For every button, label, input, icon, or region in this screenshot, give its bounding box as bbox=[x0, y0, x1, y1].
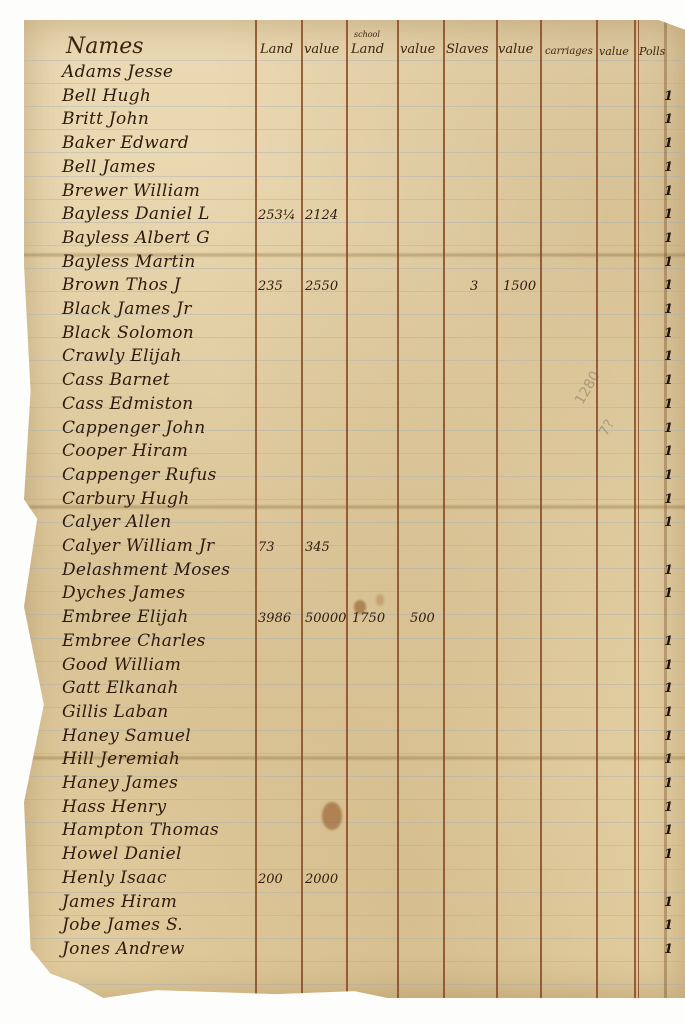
cell-polls: 1 bbox=[664, 563, 673, 578]
row-name: Henly Isaac bbox=[62, 868, 167, 888]
row-name: Howel Daniel bbox=[62, 844, 182, 864]
header-school-land: Land bbox=[351, 42, 384, 57]
column-divider bbox=[255, 20, 257, 998]
cell-polls: 1 bbox=[664, 136, 673, 151]
row-name: Bayless Albert G bbox=[62, 228, 210, 248]
column-divider bbox=[496, 20, 498, 998]
cell-polls: 1 bbox=[664, 586, 673, 601]
cell-polls: 1 bbox=[664, 421, 673, 436]
cell-polls: 1 bbox=[664, 492, 673, 507]
row-name: Haney Samuel bbox=[62, 726, 191, 746]
row-name: Cass Edmiston bbox=[62, 394, 193, 414]
column-divider bbox=[301, 20, 303, 998]
cell-polls: 1 bbox=[664, 278, 673, 293]
cell-land: 235 bbox=[258, 279, 283, 294]
row-name: Bell Hugh bbox=[62, 86, 151, 106]
column-divider bbox=[638, 20, 639, 998]
cell-polls: 1 bbox=[664, 515, 673, 530]
row-name: Gatt Elkanah bbox=[62, 678, 179, 698]
ruled-line bbox=[24, 83, 685, 84]
ledger-page: Names Land value school Land value Slave… bbox=[24, 20, 685, 998]
cell-polls: 1 bbox=[664, 895, 673, 910]
row-name: Delashment Moses bbox=[62, 560, 230, 580]
row-name: Bell James bbox=[62, 157, 156, 177]
ruled-line bbox=[24, 984, 685, 985]
row-name: Embree Charles bbox=[62, 631, 206, 651]
cell-polls: 1 bbox=[664, 255, 673, 270]
cell-polls: 1 bbox=[664, 349, 673, 364]
column-divider bbox=[540, 20, 542, 998]
row-name: Jobe James S. bbox=[62, 915, 183, 935]
row-name: Crawly Elijah bbox=[62, 346, 182, 366]
ruled-line bbox=[24, 961, 685, 962]
cell-polls: 1 bbox=[664, 112, 673, 127]
header-carriages: carriages bbox=[545, 46, 593, 57]
row-name: Cappenger Rufus bbox=[62, 465, 217, 485]
ruled-line bbox=[24, 106, 685, 107]
row-name: Hampton Thomas bbox=[62, 820, 219, 840]
row-name: Hill Jeremiah bbox=[62, 749, 180, 769]
row-name: Gillis Laban bbox=[62, 702, 168, 722]
row-name: Cappenger John bbox=[62, 418, 206, 438]
cell-polls: 1 bbox=[664, 89, 673, 104]
header-names: Names bbox=[66, 34, 144, 59]
column-divider bbox=[443, 20, 445, 998]
row-name: Cooper Hiram bbox=[62, 441, 188, 461]
cell-polls: 1 bbox=[664, 397, 673, 412]
row-name: Jones Andrew bbox=[62, 939, 185, 959]
row-name: Bayless Martin bbox=[62, 252, 196, 272]
cell-land-value: 2000 bbox=[305, 872, 338, 887]
row-name: Good William bbox=[62, 655, 181, 675]
cell-polls: 1 bbox=[664, 444, 673, 459]
row-name: Brewer William bbox=[62, 181, 200, 201]
row-name: Black James Jr bbox=[62, 299, 192, 319]
row-name: Black Solomon bbox=[62, 323, 194, 343]
row-name: Embree Elijah bbox=[62, 607, 189, 627]
ink-stain bbox=[354, 600, 366, 614]
column-divider bbox=[346, 20, 348, 998]
cell-polls: 1 bbox=[664, 184, 673, 199]
cell-land: 200 bbox=[258, 872, 283, 887]
row-name: Cass Barnet bbox=[62, 370, 170, 390]
header-school-superscript: school bbox=[354, 30, 380, 39]
row-name: Adams Jesse bbox=[62, 62, 173, 82]
cell-slaves: 3 bbox=[470, 279, 478, 294]
cell-polls: 1 bbox=[664, 681, 673, 696]
row-name: Calyer William Jr bbox=[62, 536, 214, 556]
cell-land-value: 50000 bbox=[305, 611, 346, 626]
header-land-value: value bbox=[304, 42, 339, 57]
pencil-note: 1280 bbox=[572, 369, 604, 408]
cell-polls: 1 bbox=[664, 918, 673, 933]
cell-polls: 1 bbox=[664, 160, 673, 175]
pencil-note: 7? bbox=[596, 417, 618, 439]
row-name: Haney James bbox=[62, 773, 178, 793]
column-divider bbox=[596, 20, 598, 998]
cell-polls: 1 bbox=[664, 658, 673, 673]
cell-polls: 1 bbox=[664, 823, 673, 838]
cell-land-value: 345 bbox=[305, 540, 330, 555]
cell-polls: 1 bbox=[664, 468, 673, 483]
row-name: Britt John bbox=[62, 109, 149, 129]
ruled-line bbox=[24, 60, 685, 61]
cell-polls: 1 bbox=[664, 752, 673, 767]
cell-land: 3986 bbox=[258, 611, 291, 626]
header-school-land-value: value bbox=[400, 42, 435, 57]
cell-polls: 1 bbox=[664, 847, 673, 862]
column-divider bbox=[634, 20, 636, 998]
ink-stain bbox=[376, 594, 384, 606]
header-slaves: Slaves bbox=[446, 42, 489, 57]
cell-polls: 1 bbox=[664, 776, 673, 791]
cell-polls: 1 bbox=[664, 207, 673, 222]
row-name: Calyer Allen bbox=[62, 512, 172, 532]
header-carriages-value: value bbox=[599, 45, 629, 58]
row-name: Baker Edward bbox=[62, 133, 189, 153]
cell-slaves-value: 1500 bbox=[503, 279, 536, 294]
cell-polls: 1 bbox=[664, 231, 673, 246]
row-name: Bayless Daniel L bbox=[62, 204, 210, 224]
cell-polls: 1 bbox=[664, 942, 673, 957]
cell-land-value: 2124 bbox=[305, 208, 338, 223]
ink-stain bbox=[322, 802, 342, 830]
cell-land-value: 2550 bbox=[305, 279, 338, 294]
row-name: James Hiram bbox=[62, 892, 177, 912]
header-land: Land bbox=[260, 42, 293, 57]
header-slaves-value: value bbox=[498, 42, 533, 57]
cell-polls: 1 bbox=[664, 326, 673, 341]
cell-polls: 1 bbox=[664, 705, 673, 720]
row-name: Brown Thos J bbox=[62, 275, 181, 295]
cell-polls: 1 bbox=[664, 634, 673, 649]
cell-land: 73 bbox=[258, 540, 275, 555]
row-name: Dyches James bbox=[62, 583, 185, 603]
header-polls: Polls bbox=[639, 45, 665, 58]
cell-land: 253¼ bbox=[258, 208, 295, 223]
cell-polls: 1 bbox=[664, 729, 673, 744]
column-divider bbox=[397, 20, 399, 998]
row-name: Carbury Hugh bbox=[62, 489, 189, 509]
ruled-line bbox=[24, 129, 685, 130]
row-name: Hass Henry bbox=[62, 797, 166, 817]
cell-school-land-value: 500 bbox=[410, 611, 435, 626]
cell-polls: 1 bbox=[664, 373, 673, 388]
cell-polls: 1 bbox=[664, 302, 673, 317]
cell-polls: 1 bbox=[664, 800, 673, 815]
